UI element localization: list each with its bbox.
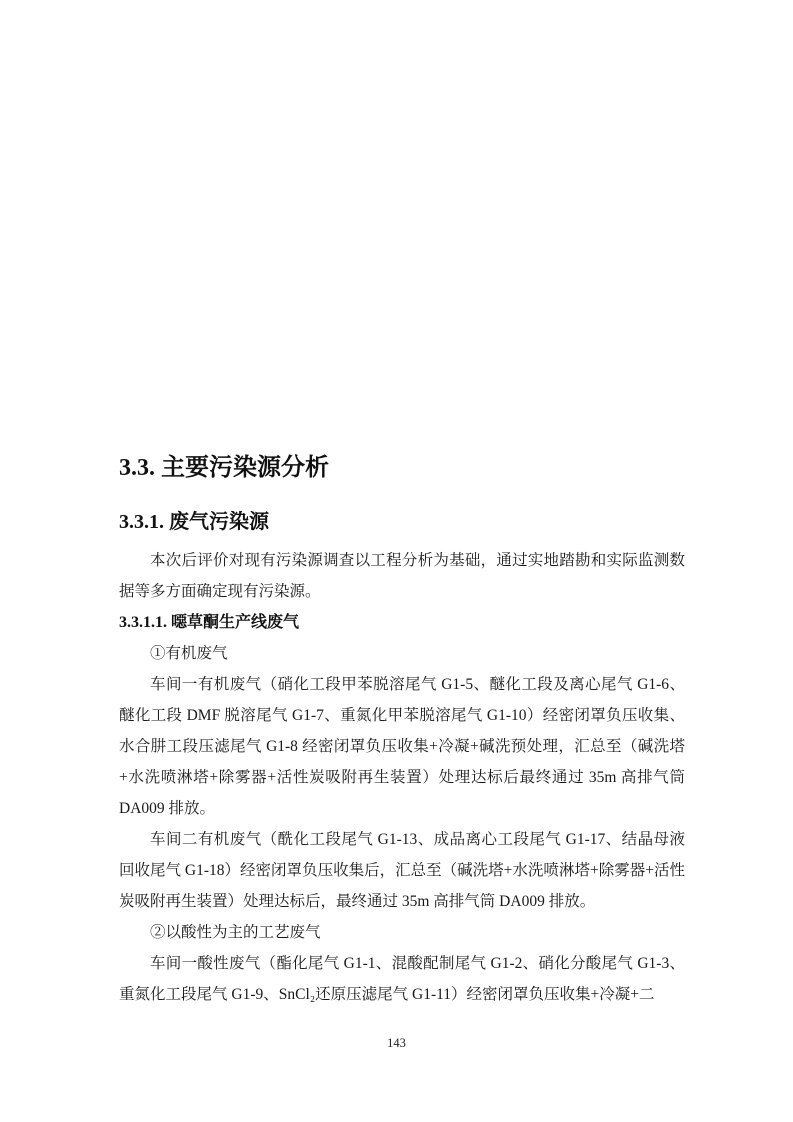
section-heading-3-3: 3.3. 主要污染源分析 [119,452,685,485]
list-item-1-organic-waste-gas: ①有机废气 [119,638,685,669]
page-number: 143 [0,1036,793,1051]
paragraph-workshop2-organic: 车间二有机废气（酰化工段尾气 G1-13、成品离心工段尾气 G1-17、结晶母液… [119,824,685,917]
subsubsection-heading-3-3-1-1: 3.3.1.1. 噁草酮生产线废气 [119,607,685,638]
paragraph-workshop1-organic: 车间一有机废气（硝化工段甲苯脱溶尾气 G1-5、醚化工段及离心尾气 G1-6、醚… [119,669,685,824]
intro-paragraph: 本次后评价对现有污染源调查以工程分析为基础，通过实地踏勘和实际监测数据等多方面确… [119,545,685,607]
paragraph-workshop1-acid: 车间一酸性废气（酯化尾气 G1-1、混酸配制尾气 G1-2、硝化分酸尾气 G1-… [119,948,685,1010]
list-item-2-acidic-waste-gas: ②以酸性为主的工艺废气 [119,917,685,948]
document-page: 3.3. 主要污染源分析 3.3.1. 废气污染源 本次后评价对现有污染源调查以… [0,0,793,1122]
subsection-heading-3-3-1: 3.3.1. 废气污染源 [119,508,685,536]
document-body: 3.3. 主要污染源分析 3.3.1. 废气污染源 本次后评价对现有污染源调查以… [119,452,685,1010]
